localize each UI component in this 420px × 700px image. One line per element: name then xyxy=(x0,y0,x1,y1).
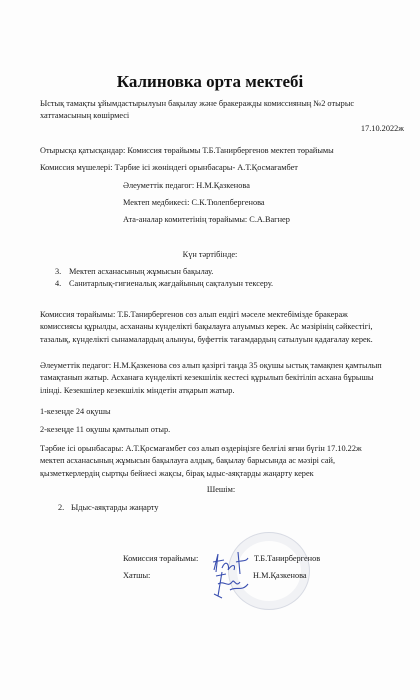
member-nurse: Мектеп медбикесі: С.К.Тюлепбергенова xyxy=(123,197,265,209)
signature-role-secretary: Хатшы: xyxy=(123,570,150,582)
signature-role-chair: Комиссия төрайымы: xyxy=(123,553,198,565)
school-title: Калиновка орта мектебі xyxy=(0,72,420,92)
member-parents-committee: Ата-аналар комитетінің төрайымы: С.А.Ваг… xyxy=(123,214,290,226)
agenda-item-text: Санитарлық-гигиеналық жағдайының сақталу… xyxy=(69,278,273,290)
agenda-item: 4. Санитарлық-гигиеналық жағдайының сақт… xyxy=(55,278,61,290)
decision-item: 2. Ыдыс-аяқтарды жаңарту xyxy=(58,502,64,514)
signature-name-secretary: Н.М.Қазкенова xyxy=(253,570,307,582)
decision-heading: Шешім: xyxy=(0,484,420,496)
agenda-heading: Күн тәртібінде: xyxy=(0,249,420,261)
paragraph-social-pedagogue-speech: Әлеуметтік педагог: Н.М.Қазкенова сөз ал… xyxy=(40,360,385,397)
paragraph-deputy-speech: Тәрбие ісі орынбасары: А.Т.Қосмағамбет с… xyxy=(40,443,385,480)
paragraph-chair-speech: Комиссия төрайымы: Т.Б.Танирбергенов сөз… xyxy=(40,309,385,346)
agenda-item-number: 3. xyxy=(55,267,61,276)
agenda-item-text: Мектеп асханасының жұмысын бақылау. xyxy=(69,266,213,278)
protocol-subtitle-line1: Ыстық тамақты ұйымдастырылуын бақылау жә… xyxy=(40,98,354,110)
member-social-pedagogue: Әлеуметтік педагог: Н.М.Қазкенова xyxy=(123,180,250,192)
protocol-date: 17.10.2022ж xyxy=(361,123,404,135)
agenda-item: 3. Мектеп асханасының жұмысын бақылау. xyxy=(55,266,61,278)
attendees-line: Отырысқа қатысқандар: Комиссия төрайымы … xyxy=(40,145,334,157)
decision-item-number: 2. xyxy=(58,503,64,512)
paragraph-stage-two: 2-кезеңде 11 оқушы қамтылып отыр. xyxy=(40,424,170,436)
agenda-item-number: 4. xyxy=(55,279,61,288)
decision-item-text: Ыдыс-аяқтарды жаңарту xyxy=(71,502,159,514)
signature-name-chair: Т.Б.Танирбергенов xyxy=(254,553,320,565)
secretary-signature-icon xyxy=(212,568,252,600)
paragraph-stage-one: 1-кезеңде 24 оқушы xyxy=(40,406,111,418)
protocol-subtitle-line2: хаттамасының көшірмесі xyxy=(40,110,129,122)
members-label: Комиссия мүшелері: Тәрбие ісі жөніндегі … xyxy=(40,162,298,174)
